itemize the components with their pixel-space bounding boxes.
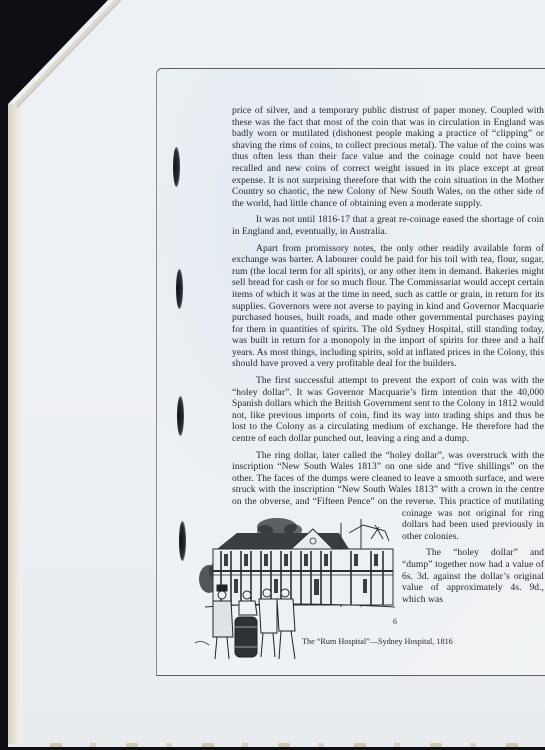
illustration-caption: The “Rum Hospital”—Sydney Hospital, 1816: [302, 637, 453, 646]
binding-hole-icon: [176, 269, 183, 309]
binding-hole-icon: [177, 396, 184, 436]
paragraph: The first successful attempt to prevent …: [232, 375, 544, 445]
binding-hole-icon: [173, 147, 180, 187]
paragraph: Apart from promissory notes, the only ot…: [232, 243, 544, 371]
printed-page: price of silver, and a temporary public …: [156, 68, 545, 676]
sheet-edge: [8, 104, 22, 744]
paragraph: price of silver, and a temporary public …: [232, 105, 544, 209]
paragraph: It was not until 1816-17 that a great re…: [232, 214, 544, 237]
page-number: 6: [393, 617, 397, 626]
bottom-edge-stain: [20, 743, 540, 747]
